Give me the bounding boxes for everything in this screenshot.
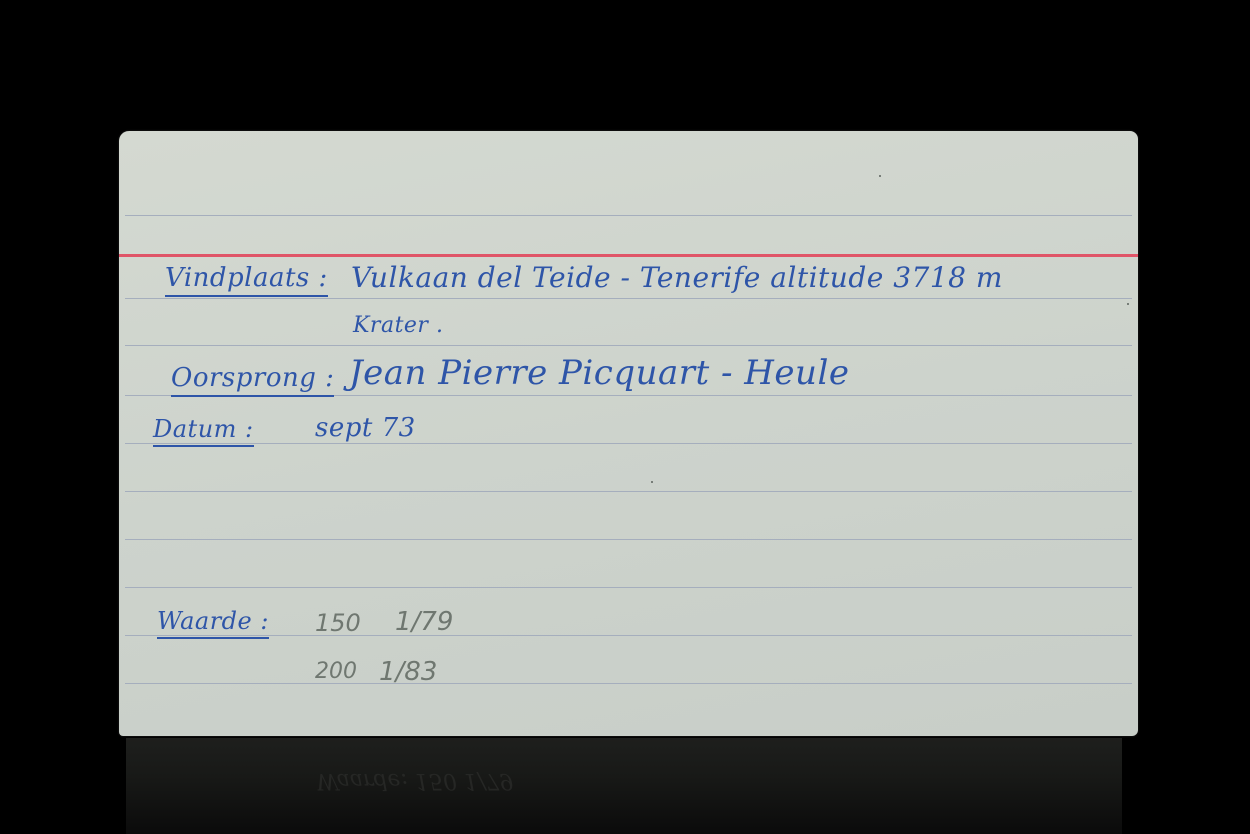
blue-rule <box>125 683 1132 684</box>
red-header-rule <box>119 254 1138 257</box>
oorsprong-value: Jean Pierre Picquart - Heule <box>349 353 849 393</box>
paper-speck <box>1127 303 1129 305</box>
waarde-amount-2: 200 <box>315 659 357 684</box>
blue-rule <box>125 298 1132 299</box>
blue-rule <box>125 635 1132 636</box>
datum-label: Datum : <box>153 415 254 447</box>
waarde-date-2: 1/83 <box>379 657 437 687</box>
oorsprong-label: Oorsprong : <box>171 363 334 397</box>
blue-rule <box>125 491 1132 492</box>
paper-speck <box>651 481 653 483</box>
vindplaats-label: Vindplaats : <box>165 263 328 297</box>
waarde-label: Waarde : <box>157 607 269 639</box>
paper-speck <box>879 175 881 177</box>
waarde-date-1: 1/79 <box>395 607 453 637</box>
blue-rule <box>125 443 1132 444</box>
reflection-text: Waarde: 150 1/79 <box>316 768 513 793</box>
datum-value: sept 73 <box>315 413 416 443</box>
vindplaats-value-line2: Krater . <box>353 313 443 338</box>
table-reflection: Waarde: 150 1/79 <box>126 738 1122 834</box>
blue-rule <box>125 215 1132 216</box>
waarde-amount-1: 150 <box>315 609 361 637</box>
index-card: Vindplaats : Vulkaan del Teide - Tenerif… <box>119 131 1138 736</box>
blue-rule <box>125 587 1132 588</box>
vindplaats-value: Vulkaan del Teide - Tenerife altitude 37… <box>351 261 1003 294</box>
blue-rule <box>125 345 1132 346</box>
blue-rule <box>125 539 1132 540</box>
